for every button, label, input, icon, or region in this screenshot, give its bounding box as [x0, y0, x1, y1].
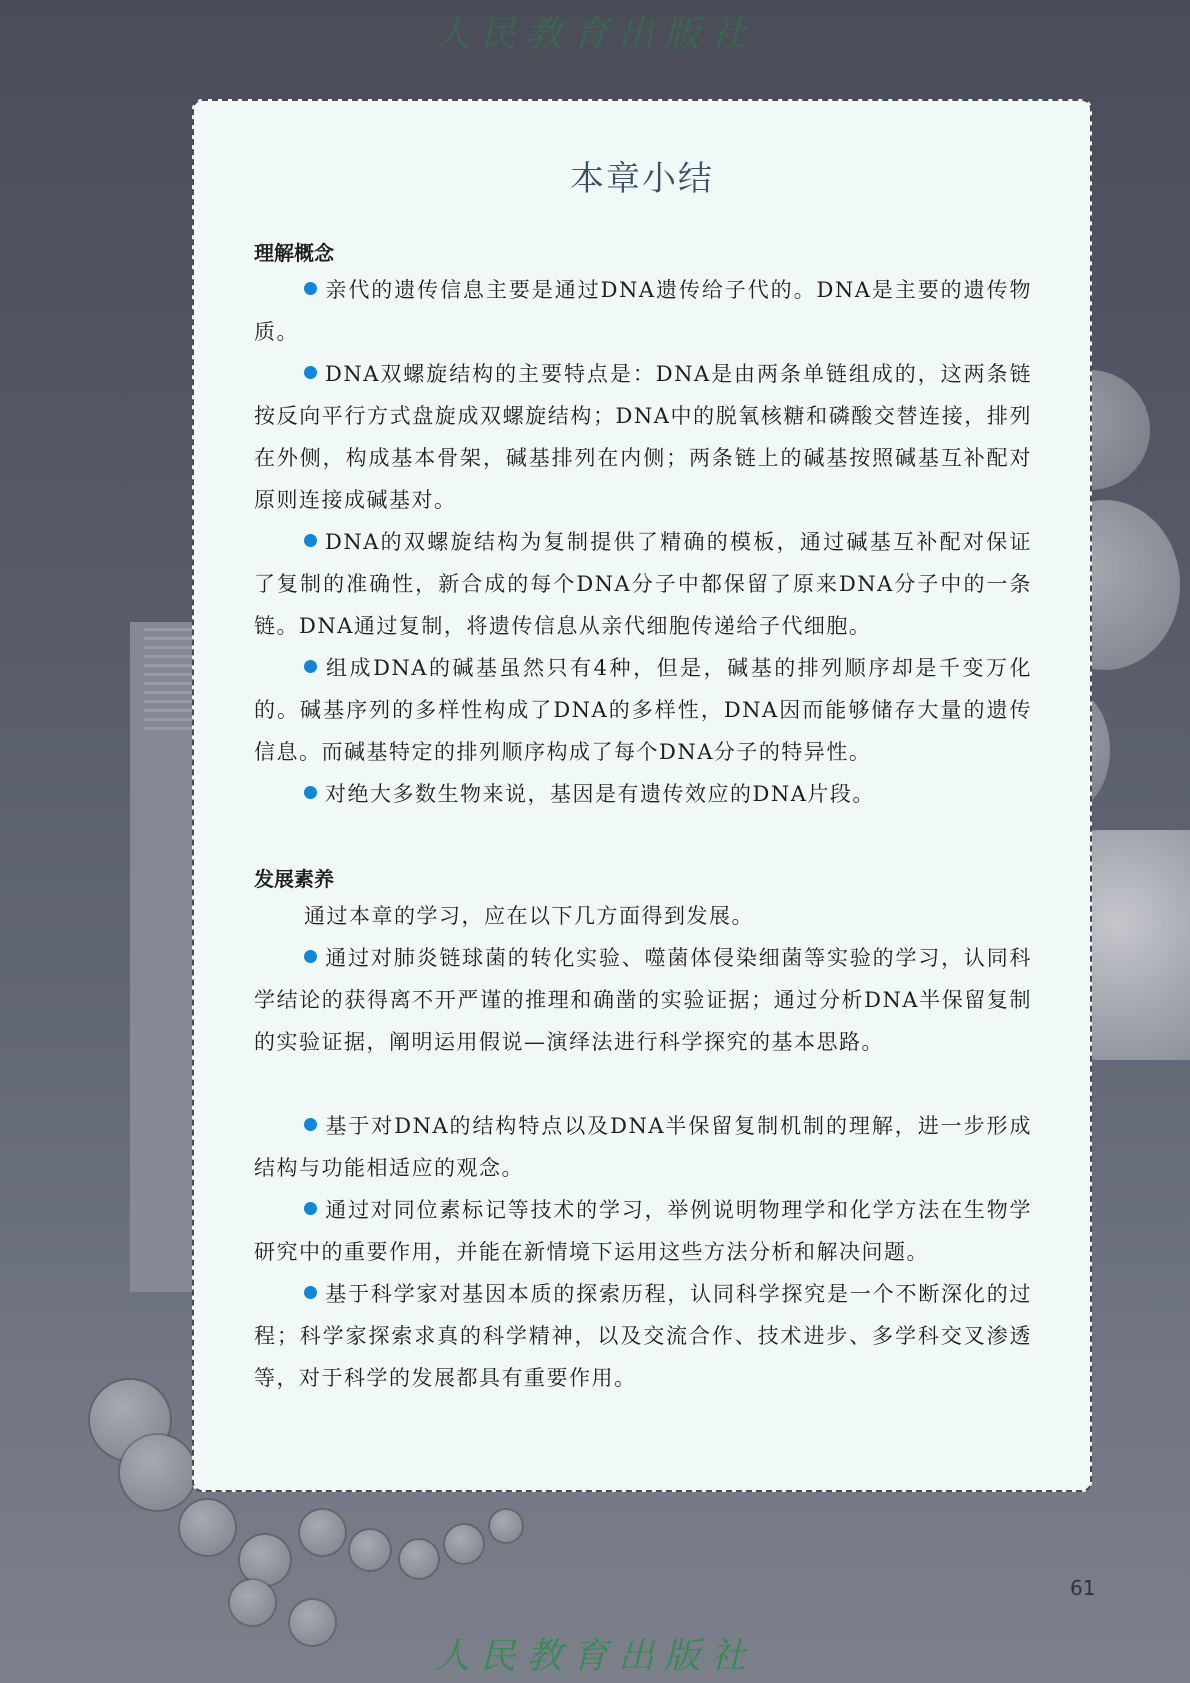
section-heading-concepts: 理解概念 — [254, 237, 334, 266]
bullet-icon — [304, 1286, 317, 1299]
competency-paragraph: 通过对同位素标记等技术的学习，举例说明物理学和化学方法在生物学研究中的重要作用，… — [254, 1189, 1032, 1273]
page-number: 61 — [1070, 1576, 1095, 1600]
bullet-icon — [304, 282, 317, 295]
chapter-summary-card: 本章小结 理解概念 亲代的遗传信息主要是通过DNA遗传给子代的。DNA是主要的遗… — [192, 99, 1092, 1492]
concept-paragraph: DNA的双螺旋结构为复制提供了精确的模板，通过碱基互补配对保证了复制的准确性，新… — [254, 521, 1032, 647]
section-heading-competencies: 发展素养 — [254, 863, 334, 892]
publisher-watermark-bottom: 人民教育出版社 — [0, 1628, 1190, 1679]
competency-intro: 通过本章的学习，应在以下几方面得到发展。 — [254, 895, 1032, 937]
competency-paragraph: 基于对DNA的结构特点以及DNA半保留复制机制的理解，进一步形成结构与功能相适应… — [254, 1105, 1032, 1189]
competency-paragraph: 基于科学家对基因本质的探索历程，认同科学探究是一个不断深化的过程；科学家探索求真… — [254, 1273, 1032, 1399]
concept-paragraph: 亲代的遗传信息主要是通过DNA遗传给子代的。DNA是主要的遗传物质。 — [254, 269, 1032, 353]
bullet-icon — [304, 366, 317, 379]
bullet-icon — [304, 1202, 317, 1215]
concept-paragraph: 组成DNA的碱基虽然只有4种，但是，碱基的排列顺序却是千变万化的。碱基序列的多样… — [254, 647, 1032, 773]
bullet-icon — [304, 534, 317, 547]
bullet-icon — [304, 660, 317, 673]
bullet-icon — [304, 950, 317, 963]
bullet-icon — [304, 1118, 317, 1131]
publisher-watermark-top: 人民教育出版社 — [0, 6, 1190, 57]
bullet-icon — [304, 786, 317, 799]
competency-paragraph: 通过对肺炎链球菌的转化实验、噬菌体侵染细菌等实验的学习，认同科学结论的获得离不开… — [254, 937, 1032, 1063]
concept-paragraph: DNA双螺旋结构的主要特点是：DNA是由两条单链组成的，这两条链按反向平行方式盘… — [254, 353, 1032, 521]
page-title: 本章小结 — [194, 151, 1090, 200]
concept-paragraph: 对绝大多数生物来说，基因是有遗传效应的DNA片段。 — [254, 773, 1032, 815]
